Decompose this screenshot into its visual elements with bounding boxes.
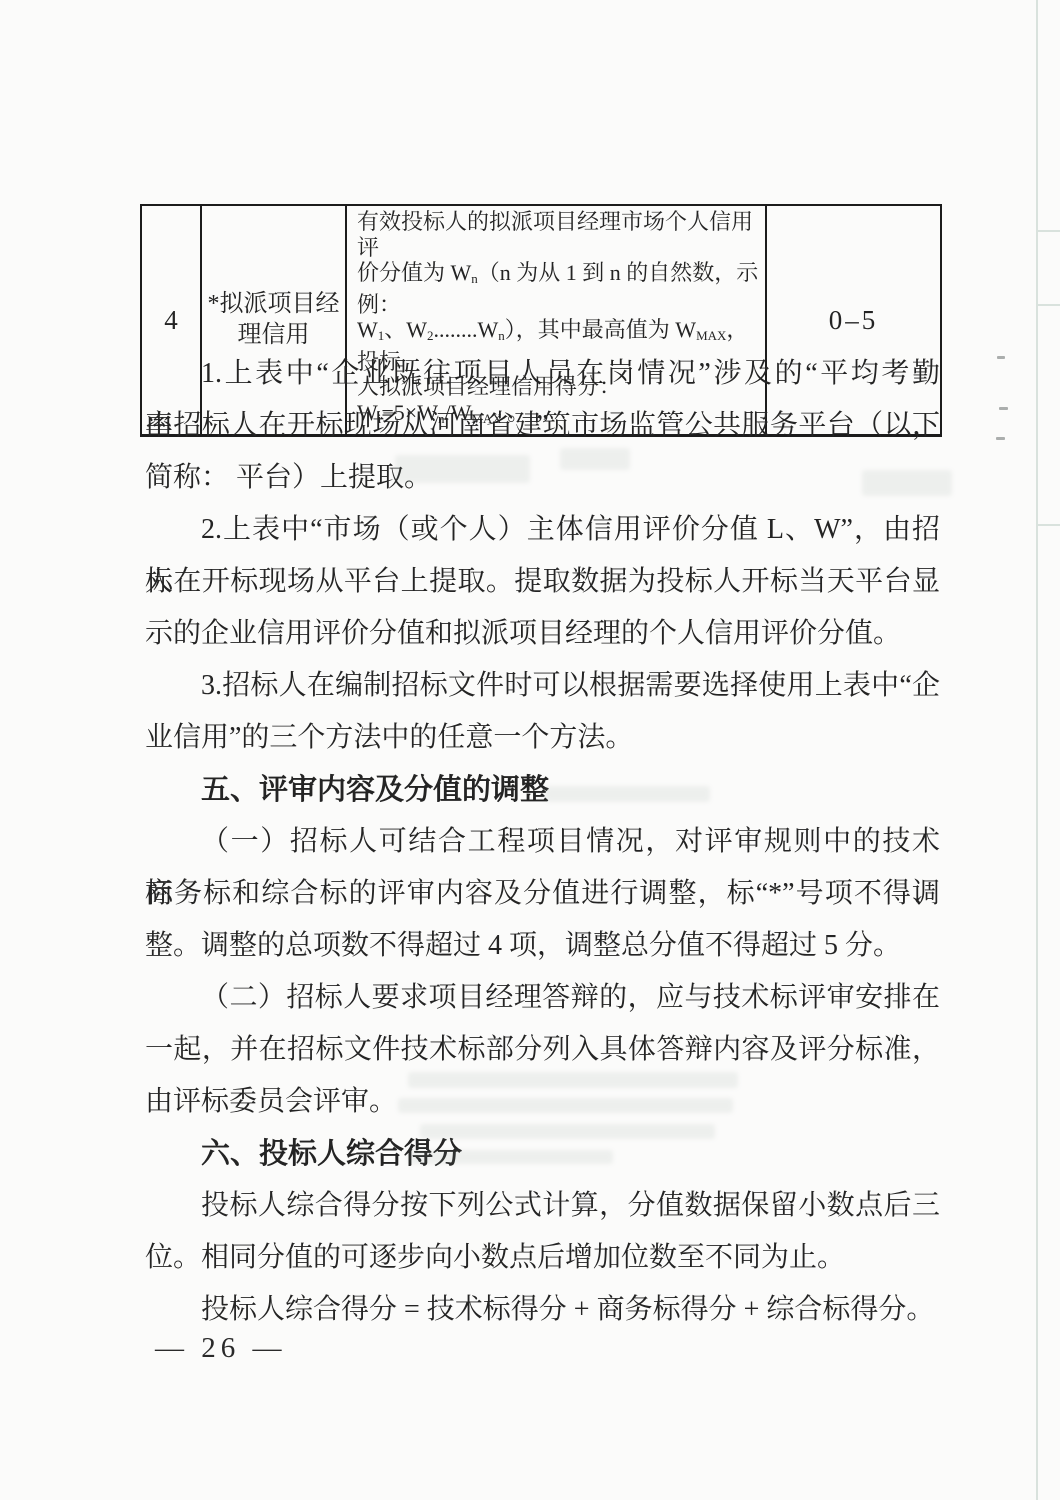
item-name-line-2: 理信用 <box>202 320 345 351</box>
bleedthrough-artifact <box>545 786 710 802</box>
description-text: ........W <box>434 317 499 342</box>
section-5-para-2-line-2: 一起，并在招标文件技术标部分列入具体答辩内容及评分标准， <box>145 1024 940 1076</box>
description-line-2: 价分值为 Wn（n 为从 1 到 n 的自然数，示例： <box>357 260 759 317</box>
scan-edge-mark <box>1038 304 1060 306</box>
note-2-line-1: 2.上表中“市场（或个人）主体信用评价分值 L、W”，由招标 <box>145 504 940 556</box>
scan-speck <box>996 437 1005 440</box>
section-5-heading: 五、评审内容及分值的调整 <box>145 764 940 816</box>
note-2-line-3: 示的企业信用评价分值和拟派项目经理的个人信用评价分值。 <box>145 608 940 660</box>
description-text: W <box>357 317 378 342</box>
note-1-line-3: 简称： 平台）上提取。 <box>145 452 940 504</box>
scan-speck <box>999 407 1008 410</box>
description-text: 价分值为 W <box>357 260 471 285</box>
bleedthrough-artifact <box>398 1098 733 1113</box>
description-text: ），其中最高值为 W <box>505 317 696 342</box>
page-number: — 26 — <box>155 1332 287 1365</box>
description-text: 有效投标人的拟派项目经理市场个人信用评 <box>357 209 753 260</box>
note-1-line-1: 1.上表中“企业既往项目人员在岗情况”涉及的“平均考勤率”， <box>145 348 940 400</box>
description-text: 、W <box>384 317 427 342</box>
note-3-line-2: 业信用”的三个方法中的任意一个方法。 <box>145 712 940 764</box>
note-2-line-2: 人在开标现场从平台上提取。提取数据为投标人开标当天平台显 <box>145 556 940 608</box>
description-line-1: 有效投标人的拟派项目经理市场个人信用评 <box>357 209 759 260</box>
bleedthrough-artifact <box>560 448 630 470</box>
section-5-para-1-line-2: 商务标和综合标的评审内容及分值进行调整，标“*”号项不得调 <box>145 868 940 920</box>
note-1-line-2: 由招标人在开标现场从河南省建筑市场监管公共服务平台（以下 <box>145 400 940 452</box>
bleedthrough-artifact <box>395 455 530 483</box>
scan-edge-line <box>1036 0 1038 1500</box>
document-page: 4 *拟派项目经 理信用 有效投标人的拟派项目经理市场个人信用评 价分值为 Wn… <box>0 0 1060 1500</box>
item-name-line-1: *拟派项目经 <box>202 289 345 320</box>
body-text: 1.上表中“企业既往项目人员在岗情况”涉及的“平均考勤率”， 由招标人在开标现场… <box>145 348 940 1336</box>
bleedthrough-artifact <box>420 1124 715 1139</box>
section-5-para-1-line-1: （一）招标人可结合工程项目情况，对评审规则中的技术标、 <box>145 816 940 868</box>
section-5-para-2-line-1: （二）招标人要求项目经理答辩的，应与技术标评审安排在 <box>145 972 940 1024</box>
section-6-para-1-line-1: 投标人综合得分按下列公式计算，分值数据保留小数点后三 <box>145 1180 940 1232</box>
section-6-para-1-line-2: 位。相同分值的可逐步向小数点后增加位数至不同为止。 <box>145 1232 940 1284</box>
bleedthrough-artifact <box>408 1150 613 1164</box>
section-5-para-1-line-3: 整。调整的总项数不得超过 4 项，调整总分值不得超过 5 分。 <box>145 920 940 972</box>
scan-edge-mark <box>1038 230 1060 232</box>
scan-speck <box>997 356 1005 359</box>
note-3-line-1: 3.招标人在编制招标文件时可以根据需要选择使用上表中“企 <box>145 660 940 712</box>
section-6-formula: 投标人综合得分 = 技术标得分 + 商务标得分 + 综合标得分。 <box>145 1284 940 1336</box>
scan-edge-mark <box>1038 524 1060 526</box>
bleedthrough-artifact <box>862 470 952 496</box>
bleedthrough-artifact <box>408 1072 738 1088</box>
subscript-max: MAX <box>696 328 726 343</box>
